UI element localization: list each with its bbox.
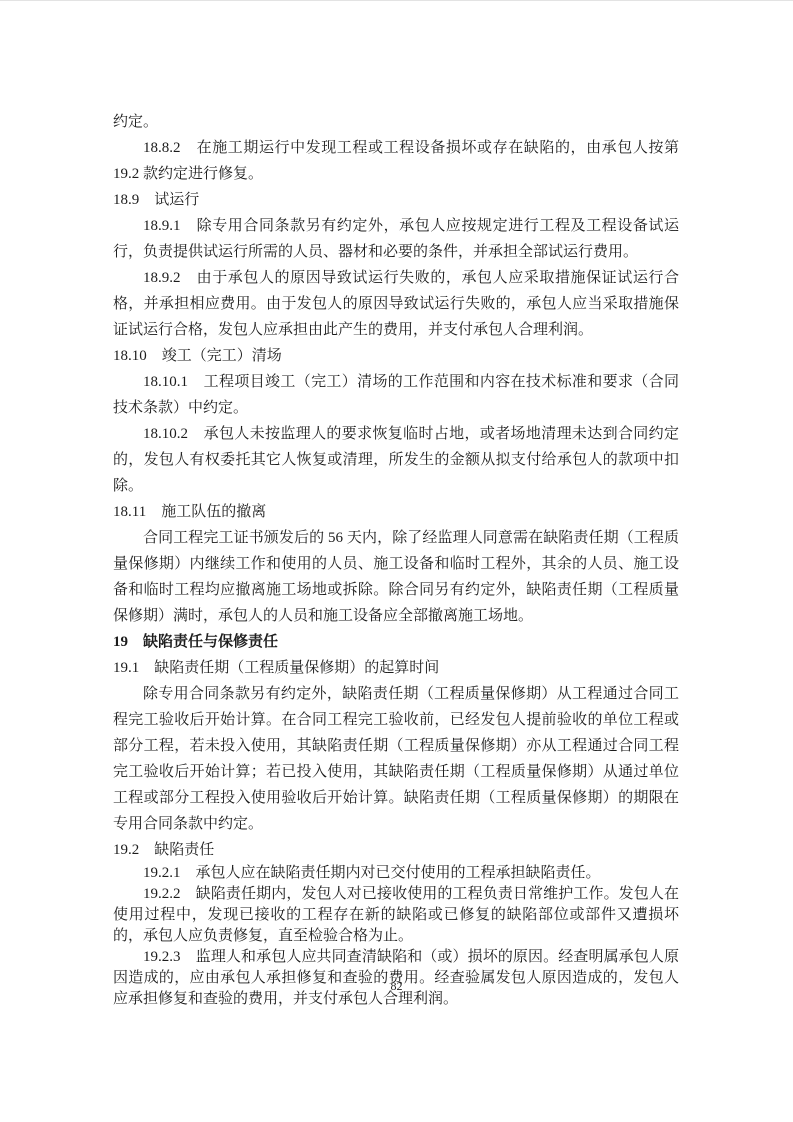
paragraph-p-18-10-2: 18.10.2 承包人未按监理人的要求恢复临时占地，或者场地清理未达到合同约定的… [113,421,679,499]
paragraph-h-19: 19 缺陷责任与保修责任 [113,629,679,655]
paragraph-p-18-9-2: 18.9.2 由于承包人的原因导致试运行失败的，承包人应采取措施保证试运行合格，… [113,265,679,343]
paragraph-p-19-1-body: 除专用合同条款另有约定外，缺陷责任期（工程质量保修期）从工程通过合同工程完工验收… [113,681,679,837]
paragraph-h-18-9: 18.9 试运行 [113,187,679,213]
paragraph-p-19-2-1: 19.2.1 承包人应在缺陷责任期内对已交付使用的工程承担缺陷责任。 [113,863,679,884]
document-body: 约定。18.8.2 在施工期运行中发现工程或工程设备损坏或存在缺陷的，由承包人按… [113,109,679,1010]
paragraph-p-18-11-body: 合同工程完工证书颁发后的 56 天内，除了经监理人同意需在缺陷责任期（工程质量保… [113,525,679,629]
paragraph-h-19-2: 19.2 缺陷责任 [113,837,679,863]
paragraph-p-18-8-1-cont: 约定。 [113,109,679,135]
paragraph-h-18-10: 18.10 竣工（完工）清场 [113,343,679,369]
paragraph-p-18-8-2: 18.8.2 在施工期运行中发现工程或工程设备损坏或存在缺陷的，由承包人按第 1… [113,135,679,187]
paragraph-p-19-2-2: 19.2.2 缺陷责任期内，发包人对已接收使用的工程负责日常维护工作。发包人在使… [113,884,679,947]
page-number: 82 [0,979,793,994]
paragraph-p-18-9-1: 18.9.1 除专用合同条款另有约定外，承包人应按规定进行工程及工程设备试运行，… [113,213,679,265]
paragraph-p-18-10-1: 18.10.1 工程项目竣工（完工）清场的工作范围和内容在技术标准和要求（合同技… [113,369,679,421]
paragraph-h-18-11: 18.11 施工队伍的撤离 [113,499,679,525]
paragraph-h-19-1: 19.1 缺陷责任期（工程质量保修期）的起算时间 [113,655,679,681]
document-page: 约定。18.8.2 在施工期运行中发现工程或工程设备损坏或存在缺陷的，由承包人按… [0,0,793,1122]
